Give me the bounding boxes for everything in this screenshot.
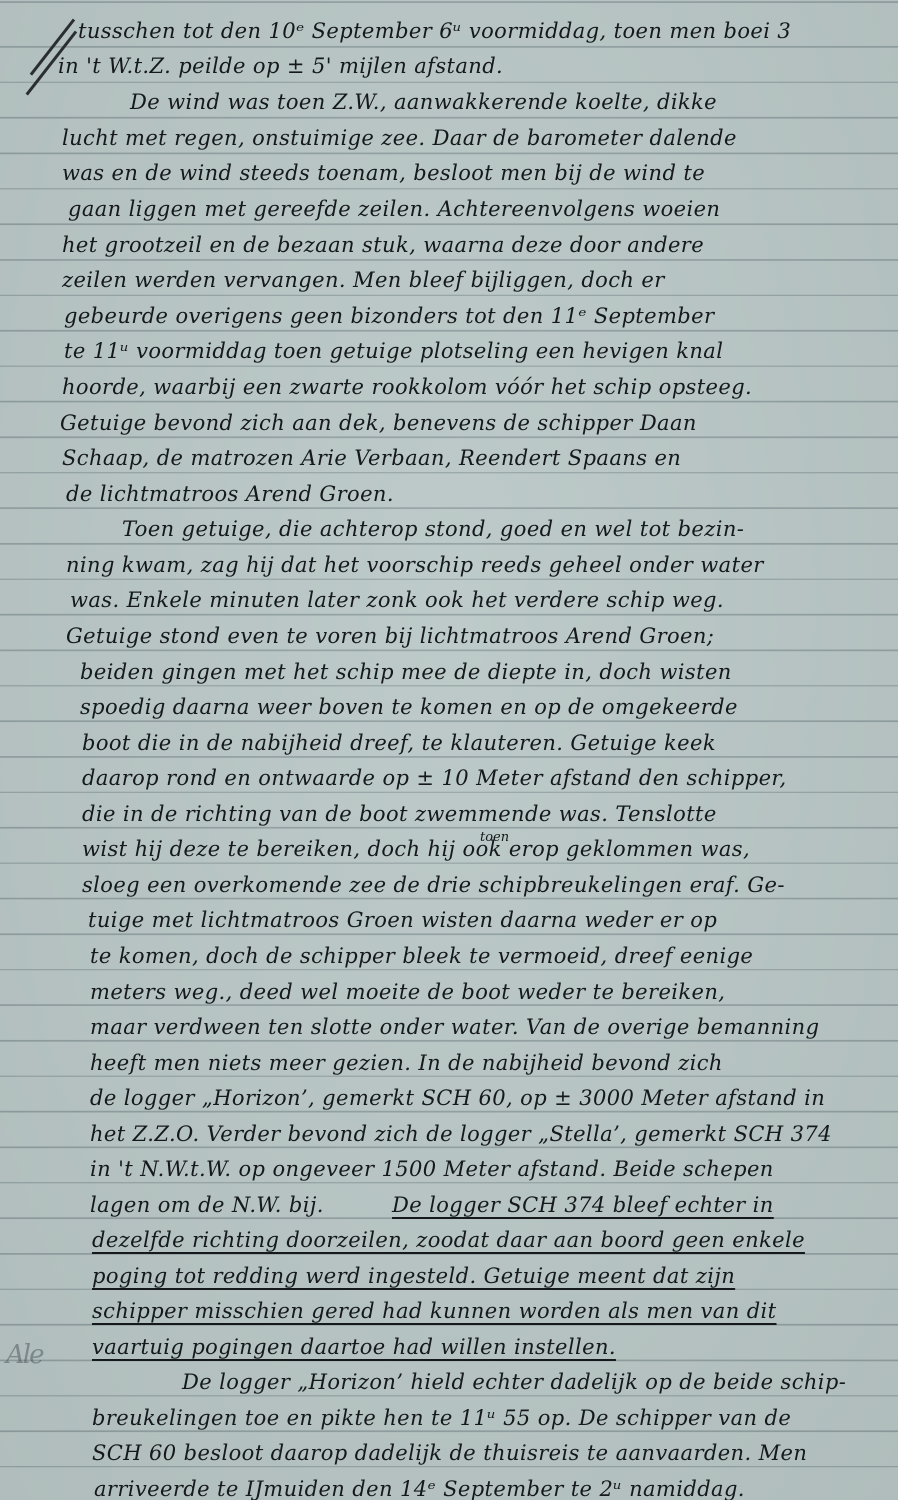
- handwritten-line: boot die in de nabijheid dreef, te klaut…: [82, 733, 716, 754]
- handwritten-line: hoorde, waarbij een zwarte rookkolom vóó…: [62, 377, 752, 398]
- handwritten-line: gebeurde overigens geen bizonders tot de…: [64, 306, 714, 327]
- handwritten-line: was en de wind steeds toenam, besloot me…: [62, 163, 705, 184]
- handwritten-line: spoedig daarna weer boven te komen en op…: [80, 697, 738, 718]
- handwritten-line: die in de richting van de boot zwemmende…: [82, 804, 717, 825]
- handwritten-line: schipper misschien gered had kunnen word…: [92, 1301, 777, 1322]
- handwritten-line: dezelfde richting doorzeilen, zoodat daa…: [92, 1230, 805, 1251]
- handwritten-line: ning kwam, zag hij dat het voorschip ree…: [66, 555, 764, 576]
- handwritten-line: tuige met lichtmatroos Groen wisten daar…: [88, 910, 717, 931]
- handwritten-line: SCH 60 besloot daarop dadelijk de thuisr…: [92, 1443, 807, 1464]
- handwritten-line: poging tot redding werd ingesteld. Getui…: [92, 1266, 735, 1287]
- handwritten-line: daarop rond en ontwaarde op ± 10 Meter a…: [82, 768, 787, 789]
- handwritten-line: arriveerde te IJmuiden den 14ᵉ September…: [94, 1479, 745, 1500]
- handwritten-line: gaan liggen met gereefde zeilen. Achtere…: [68, 199, 720, 220]
- handwritten-line: Getuige stond even te voren bij lichtmat…: [66, 626, 714, 647]
- handwritten-line: vaartuig pogingen daartoe had willen ins…: [92, 1337, 616, 1358]
- handwritten-line: te komen, doch de schipper bleek te verm…: [90, 946, 753, 967]
- handwritten-line: beiden gingen met het schip mee de diept…: [80, 662, 732, 683]
- handwritten-line: de lichtmatroos Arend Groen.: [66, 484, 394, 505]
- handwritten-line: tusschen tot den 10ᵉ September 6ᵘ voormi…: [78, 21, 791, 42]
- handwritten-line: de logger „Horizon’, gemerkt SCH 60, op …: [90, 1088, 825, 1109]
- handwritten-line: wist hij deze te bereiken, doch hij ook …: [82, 839, 750, 860]
- handwritten-line: Getuige bevond zich aan dek, benevens de…: [60, 413, 697, 434]
- handwritten-line: De logger „Horizon’ hield echter dadelij…: [182, 1372, 846, 1393]
- handwritten-line: maar verdween ten slotte onder water. Va…: [90, 1017, 819, 1038]
- handwritten-line: lucht met regen, onstuimige zee. Daar de…: [62, 128, 737, 149]
- handwritten-line: meters weg., deed wel moeite de boot wed…: [90, 982, 725, 1003]
- handwritten-line: het grootzeil en de bezaan stuk, waarna …: [62, 235, 704, 256]
- handwritten-line: breukelingen toe en pikte hen te 11ᵘ 55 …: [92, 1408, 791, 1429]
- handwritten-line: Schaap, de matrozen Arie Verbaan, Reende…: [62, 448, 681, 469]
- handwritten-line: Toen getuige, die achterop stond, goed e…: [122, 519, 744, 540]
- handwritten-line: te 11ᵘ voormiddag toen getuige plotselin…: [64, 341, 723, 362]
- margin-pencil-note: Ale: [6, 1340, 42, 1370]
- handwritten-line: was. Enkele minuten later zonk ook het v…: [70, 590, 724, 611]
- handwritten-line: lagen om de N.W. bij.: [90, 1195, 324, 1216]
- interlinear-insertion: toen: [480, 830, 509, 845]
- handwritten-line: heeft men niets meer gezien. In de nabij…: [90, 1053, 723, 1074]
- handwritten-line: in 't W.t.Z. peilde op ± 5' mijlen afsta…: [58, 56, 503, 77]
- handwritten-line: De logger SCH 374 bleef echter in: [392, 1195, 774, 1216]
- handwritten-line: sloeg een overkomende zee de drie schipb…: [82, 875, 785, 896]
- handwritten-line: De wind was toen Z.W., aanwakkerende koe…: [130, 92, 717, 113]
- handwritten-line: zeilen werden vervangen. Men bleef bijli…: [62, 270, 665, 291]
- handwritten-line: het Z.Z.O. Verder bevond zich de logger …: [90, 1124, 832, 1145]
- handwritten-line: in 't N.W.t.W. op ongeveer 1500 Meter af…: [90, 1159, 774, 1180]
